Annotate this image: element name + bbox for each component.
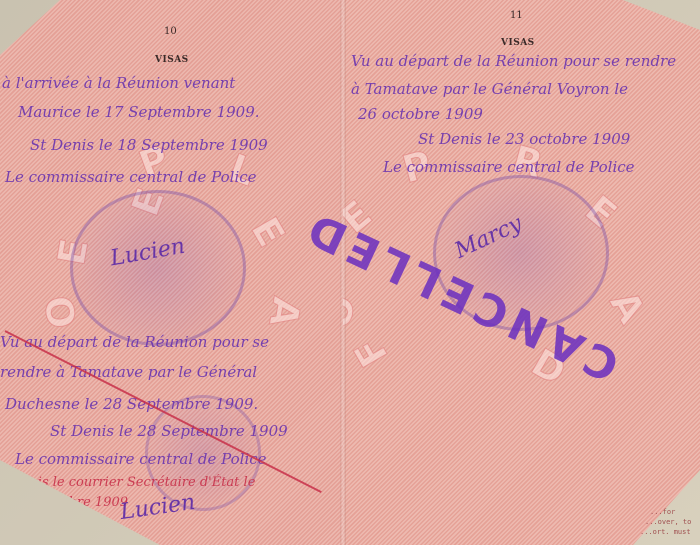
edge-text: ...over, to xyxy=(645,518,691,526)
handwritten-line: à Tamatave par le Général Voyron le xyxy=(351,80,628,98)
watermark-letter: O xyxy=(343,292,364,331)
watermark-letter: F xyxy=(345,330,396,374)
handwritten-line: Le commissaire central de Police xyxy=(5,168,257,186)
page-number: 10 xyxy=(164,26,177,37)
handwritten-line: Duchesne le 28 Septembre 1909. xyxy=(5,395,258,413)
handwritten-line: St Denis le 28 Septembre 1909 xyxy=(50,422,288,440)
visas-heading: VISAS xyxy=(501,38,535,48)
handwritten-line: à l'arrivée à la Réunion venant xyxy=(2,74,235,92)
watermark-letter: E xyxy=(242,210,293,254)
visas-heading: VISAS xyxy=(155,55,189,65)
left-page: E E E O A P L 10 VISAS à l'arrivée à la … xyxy=(0,0,343,545)
signature: Lucien xyxy=(119,490,197,525)
page-number: 11 xyxy=(510,10,523,21)
handwritten-line: 26 octobre 1909 xyxy=(358,105,483,123)
page-gutter xyxy=(340,0,346,545)
edge-text: ...for xyxy=(650,508,675,516)
handwritten-line: St Denis le 23 octobre 1909 xyxy=(418,130,630,148)
handwritten-line: Le commissaire central de Police xyxy=(383,158,635,176)
handwritten-line: rendre à Tamatave par le Général xyxy=(0,363,257,381)
handwritten-line: St Denis le 18 Septembre 1909 xyxy=(30,136,268,154)
official-stamp xyxy=(70,190,246,346)
watermark-letter: A xyxy=(260,294,308,331)
handwritten-line: Maurice le 17 Septembre 1909. xyxy=(18,103,260,121)
edge-text: ...ort. must xyxy=(640,528,691,536)
handwritten-line: Vu au départ de la Réunion pour se rendr… xyxy=(351,52,676,70)
handwritten-line: Le commissaire central de Police xyxy=(15,450,267,468)
watermark-letter: A xyxy=(601,283,654,330)
